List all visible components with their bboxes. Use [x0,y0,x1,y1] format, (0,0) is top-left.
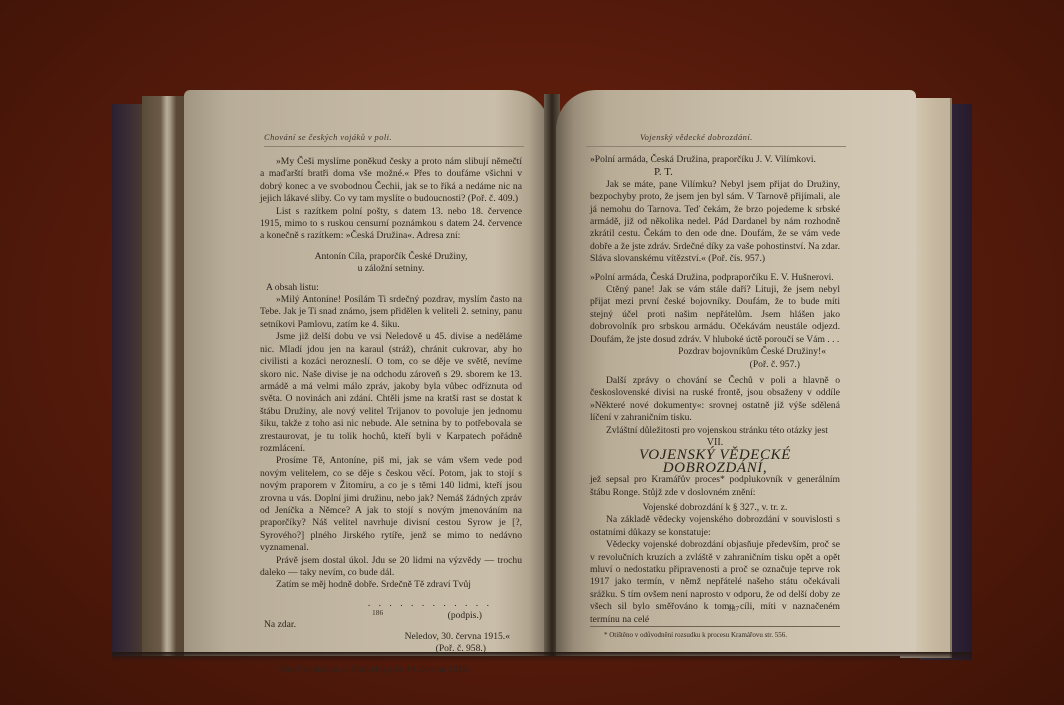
letter-address: »Polní armáda, Česká Družina, podpraporč… [590,272,840,284]
letter-paragraph: Ctěný pane! Jak se vám stále daří? Lituj… [590,284,840,346]
letter-paragraph: Jak se máte, pane Vilímku? Nebyl jsem př… [590,179,840,266]
left-running-head: Chování se českých vojáků v poli. [264,132,392,142]
left-page: Chování se českých vojáků v poli. »My Če… [184,90,550,656]
closing: Na zdar. [260,619,522,631]
section-title: VOJENSKÝ VĚDECKÉ DOBROZDÁNÍ, [590,449,840,474]
footnote: * Otištěno v odůvodnění rozsudku k proce… [590,626,840,640]
paragraph: Zvláštní důležitosti pro vojenskou strán… [590,425,840,437]
letter-address: »Polní armáda, Česká Družina, praporčíku… [590,154,840,166]
letter-paragraph: Jsme již delší dobu ve vsi Neledově u 45… [260,331,522,455]
address-line: u záložní setniny. [260,263,522,275]
place-date: Neledov, 30. června 1915.« [260,631,522,643]
intro-line: A obsah listu: [260,282,522,294]
photo-scene: Chování se českých vojáků v poli. »My Če… [0,0,1064,705]
letter-paragraph: Prosíme Tě, Antoníne, piš mi, jak se vám… [260,455,522,554]
paragraph: »My Češi myslíme poněkud česky a proto n… [260,156,522,206]
page-number: 187 [728,604,739,613]
reference: (Poř. č. 957.) [590,359,840,371]
letter-paragraph: »Milý Antoníne! Posílám Ti srdečný pozdr… [260,294,522,331]
paragraph: Na základě vědecky vojenského dobrozdání… [590,514,840,539]
letter-paragraph: Právě jsem dostal úkol. Jdu se 20 lidmi … [260,555,522,580]
left-page-body: »My Češi myslíme poněkud česky a proto n… [260,156,522,676]
right-page: Vojenský vědecké dobrozdání. »Polní armá… [556,90,916,656]
paragraph: jež sepsal pro Kramářův proces* podpluko… [590,474,840,499]
header-rule [586,146,846,147]
paragraph: Vědecky vojenské dobrozdání objasňuje př… [590,539,840,626]
paragraph: List s razítkem polní pošty, s datem 13.… [260,206,522,243]
book-shadow [112,652,972,662]
paragraph: Další zprávy o chování se Čechů v poli a… [590,375,840,425]
subtitle: Vojenské dobrozdání k § 327., v. tr. z. [590,502,840,514]
signature-dots: . . . . . . . . . . . . [260,598,522,610]
salutation: P. T. [590,166,840,178]
page-number: 186 [372,608,383,617]
letter-paragraph: Zatím se měj hodně dobře. Srdečně Tě zdr… [260,579,522,591]
address-line: Antonín Cíla, praporčík České Družiny, [260,251,522,263]
next-letter-intro: Otto Procházka ve Skobelvi píše 19. červ… [260,664,522,676]
right-page-body: »Polní armáda, Česká Družina, praporčíku… [590,154,840,640]
letter-closing: Pozdrav bojovníkům České Družiny!« [590,346,840,358]
header-rule [264,146,524,147]
right-running-head: Vojenský vědecké dobrozdání. [640,132,753,142]
